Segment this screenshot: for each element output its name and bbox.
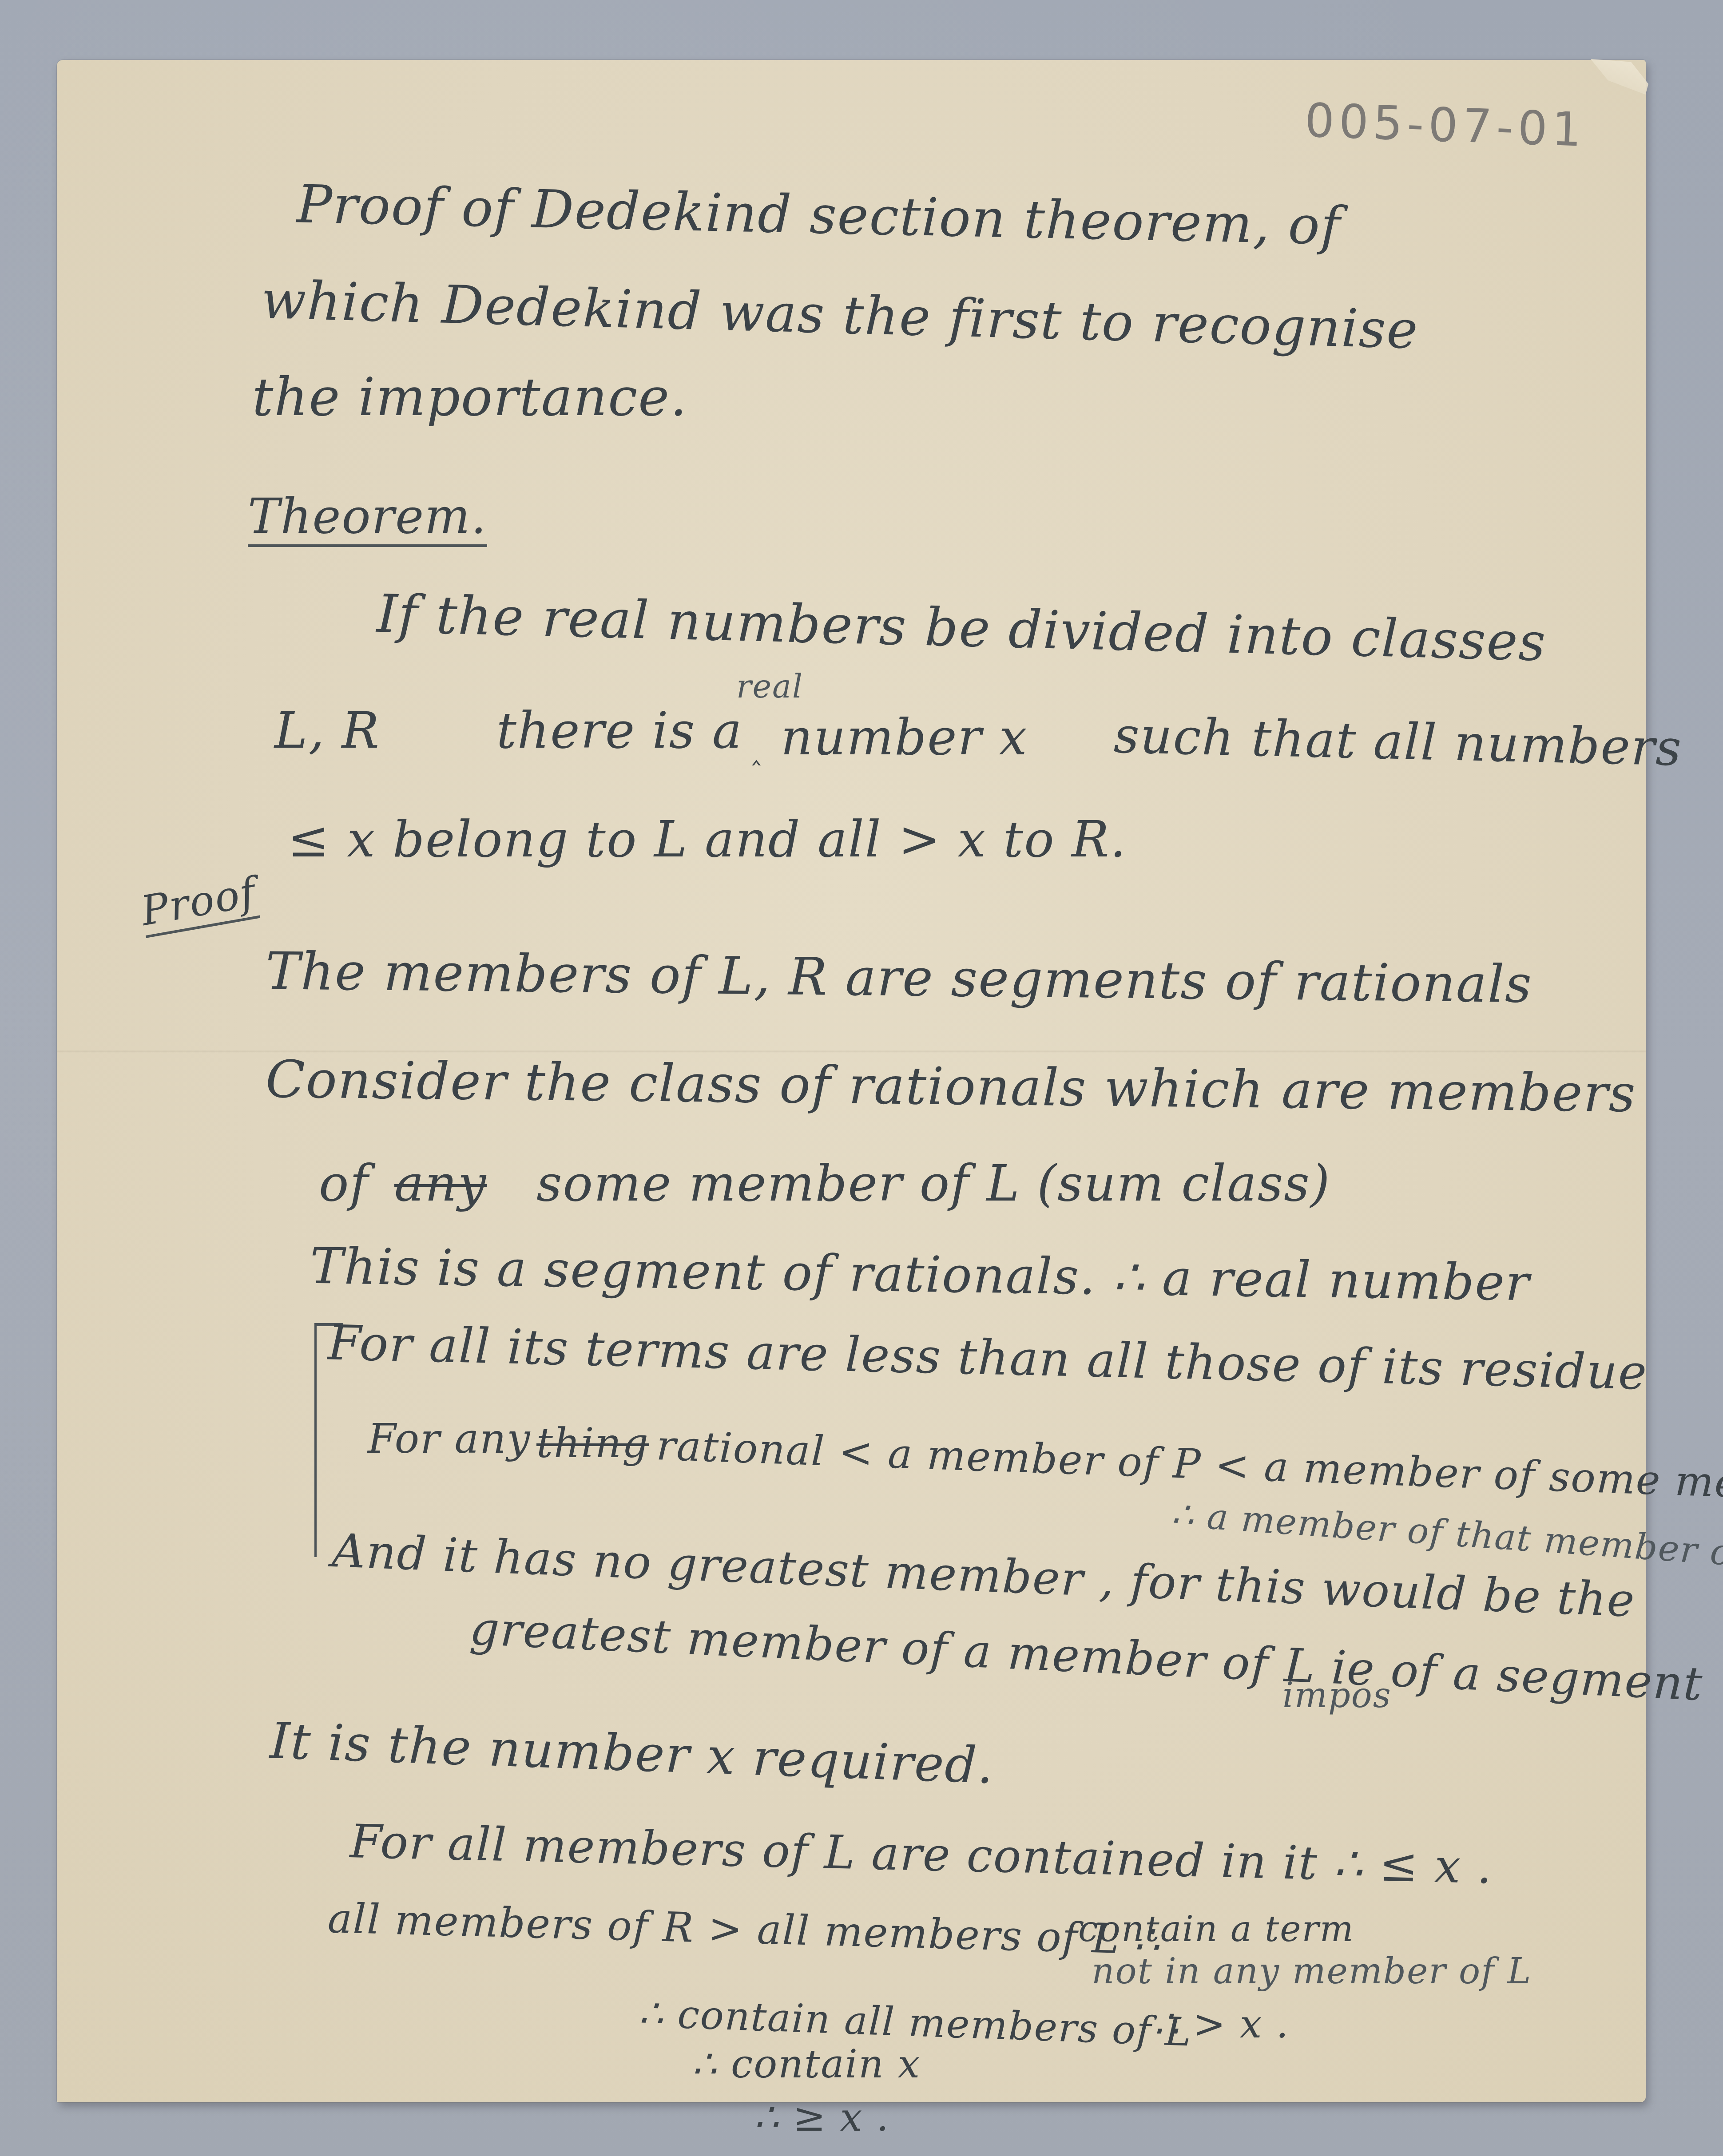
conclusion-line-6: ∴ ≥ x .	[754, 2098, 889, 2137]
theorem-line-3: ≤ x belong to L and all > x to R.	[288, 815, 1127, 864]
bracket-line-2-struck-thing: thing	[536, 1423, 649, 1464]
conclusion-line-2: all members of R > all members of L ∴	[327, 1898, 1161, 1961]
theorem-line-2-such-that: such that all numbers	[1113, 710, 1683, 773]
title-line-3: the importance.	[252, 371, 688, 423]
conclusion-line-5: ∴ contain x	[692, 2045, 921, 2084]
theorem-line-2-number-x: number x	[781, 713, 1028, 762]
theorem-insertion-real: real	[736, 670, 803, 702]
conclusion-line-4-greater-x: ∴ > x .	[1154, 2005, 1289, 2044]
proof-line-3-struck-any: any	[394, 1159, 487, 1209]
proof-line-5: It is the number x required.	[269, 1716, 995, 1791]
title-line-2: which Dedekind was the first to recognis…	[261, 273, 1419, 356]
theorem-heading: Theorem.	[248, 493, 487, 547]
conclusion-line-3: not in any member of L	[1092, 1954, 1532, 1989]
reference-number: 005-07-01	[1304, 97, 1587, 154]
proof-line-4: This is a segment of rationals. ∴ a real…	[310, 1241, 1530, 1308]
conclusion-line-2-contain-a-term: contain a term	[1078, 1911, 1354, 1947]
conclusion-line-1: For all members of L are contained in it…	[349, 1818, 1493, 1890]
proof-line-3-of: of	[319, 1159, 369, 1209]
bracket-line-2-for-any: For any	[368, 1419, 531, 1459]
bracket-line-1: For all its terms are less than all thos…	[327, 1319, 1648, 1397]
proof-line-2: Consider the class of rationals which ar…	[265, 1054, 1636, 1120]
title-line-1: Proof of Dedekind section theorem, of	[296, 178, 1342, 252]
theorem-line-2-there-is-a: there is a	[496, 706, 743, 756]
manuscript-page: 005-07-01 Proof of Dedekind section theo…	[57, 60, 1646, 2102]
theorem-line-2-classes: L, R	[274, 706, 380, 756]
insertion-caret-icon: ‸	[752, 737, 761, 764]
proof-line-1: The members of L, R are segments of rati…	[265, 946, 1532, 1011]
bracket-line-6-impossible: impos	[1282, 1678, 1392, 1713]
theorem-line-1: If the real numbers be divided into clas…	[376, 587, 1547, 668]
proof-line-3-rest: some member of L (sum class)	[536, 1159, 1330, 1209]
proof-heading: Proof	[138, 872, 260, 938]
